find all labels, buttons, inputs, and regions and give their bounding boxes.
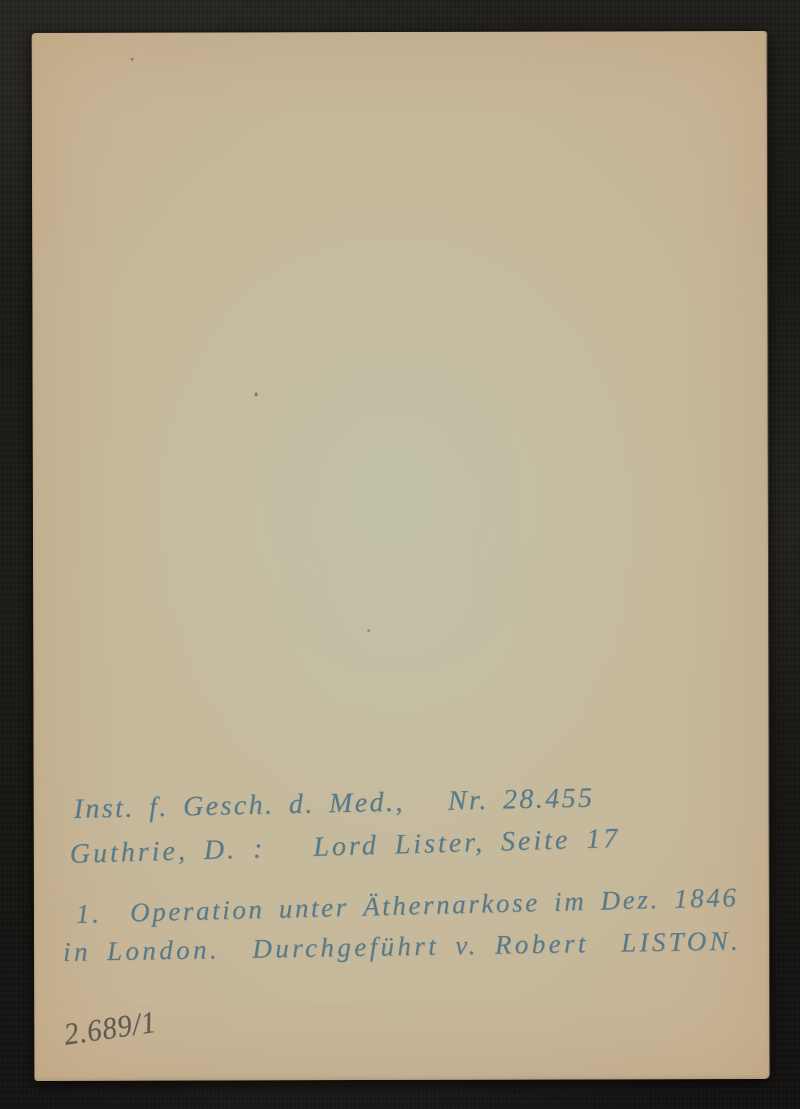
handwritten-line-caption-2: in London. Durchgeführt v. Robert LISTON…	[63, 926, 742, 968]
paper-speck	[367, 629, 370, 632]
paper-speck	[255, 392, 258, 396]
handwritten-line-source-reference: Guthrie, D. : Lord Lister, Seite 17	[69, 823, 620, 871]
paper-speck	[131, 58, 134, 61]
handwritten-line-archive-number: Inst. f. Gesch. d. Med., Nr. 28.455	[73, 782, 594, 825]
inventory-number-pencil: 2.689/1	[62, 1004, 159, 1053]
paper-card: Inst. f. Gesch. d. Med., Nr. 28.455 Guth…	[32, 31, 770, 1081]
photo-background: Inst. f. Gesch. d. Med., Nr. 28.455 Guth…	[0, 0, 800, 1109]
handwritten-line-caption-1: 1. Operation unter Äthernarkose im Dez. …	[76, 882, 739, 930]
